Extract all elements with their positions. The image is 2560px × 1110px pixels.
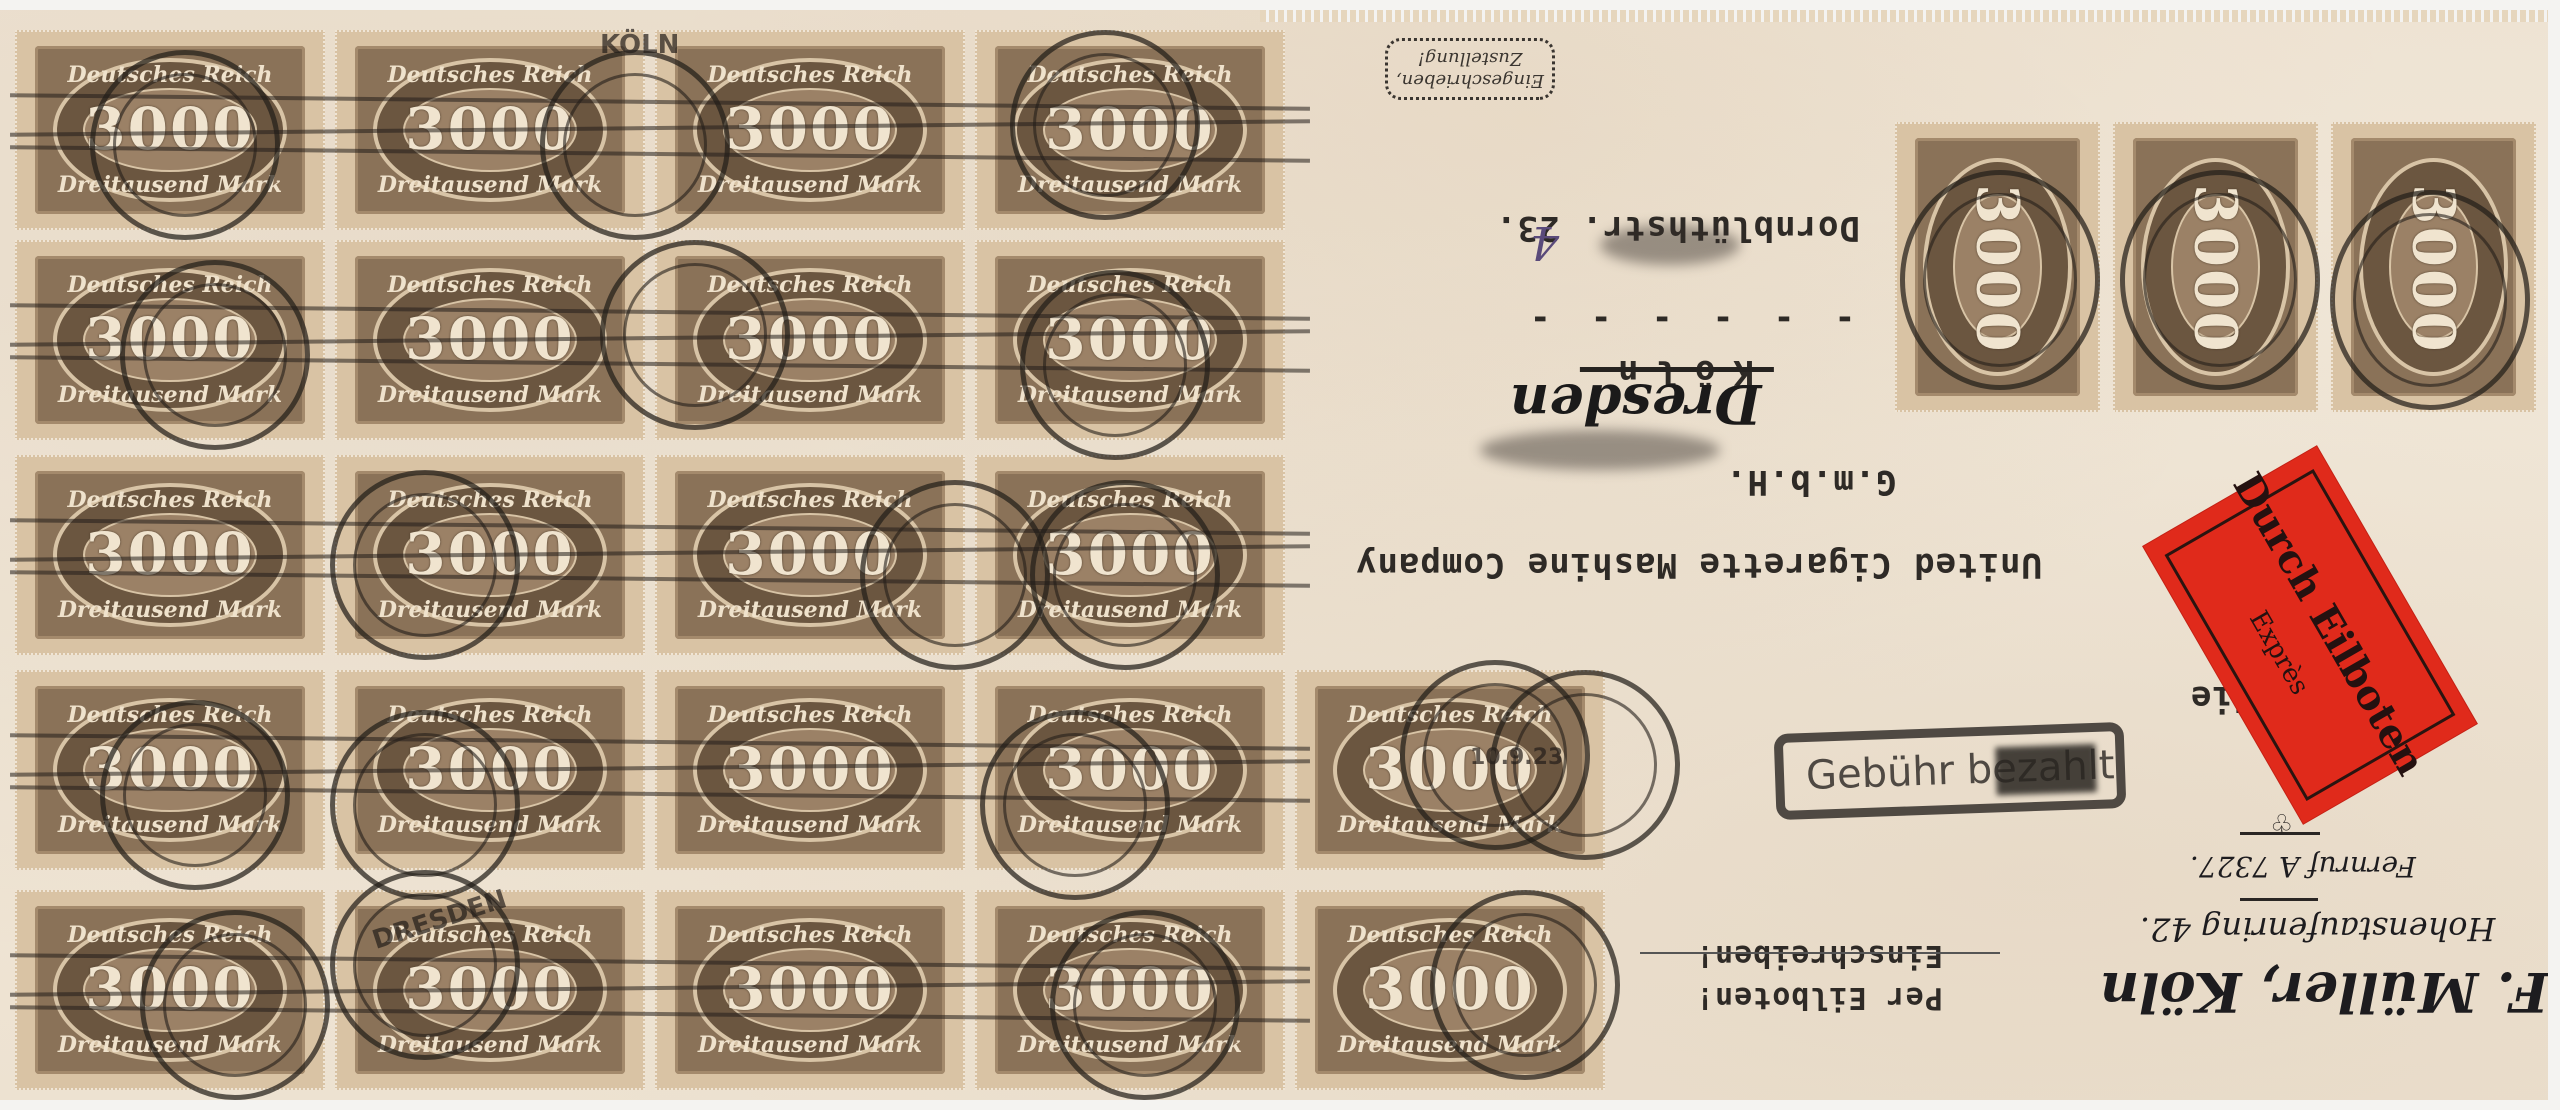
stamp-value: 3000 xyxy=(17,94,323,164)
fleuron-ornament-icon: ♧ xyxy=(2270,810,2293,840)
stamp-value-words: Dreitausend Mark xyxy=(337,382,643,408)
postage-stamp: Deutsches Reich3000Dreitausend Mark xyxy=(655,455,965,655)
stamp-country-text: Deutsches Reich xyxy=(657,487,963,513)
postage-stamp: Deutsches Reich3000Dreitausend Mark xyxy=(655,240,965,440)
stamp-value-words: Dreitausend Mark xyxy=(337,812,643,838)
stamp-country-text: Deutsches Reich xyxy=(17,272,323,298)
printed-box-line1: Eingeschrieben, xyxy=(1388,69,1552,91)
stamp-value-words: Dreitausend Mark xyxy=(657,1032,963,1058)
stamp-country-text: Deutsches Reich xyxy=(977,272,1283,298)
stamp-country-text: Deutsches Reich xyxy=(337,62,643,88)
postage-stamp: Deutsches Reich3000Dreitausend Mark xyxy=(15,890,325,1090)
stamp-value: 3000 xyxy=(1297,954,1603,1024)
stamp-value: 3000 xyxy=(337,954,643,1024)
postage-stamp: Deutsches Reich3000Dreitausend Mark xyxy=(975,240,1285,440)
stamp-value: 3000 xyxy=(1963,169,2033,370)
stamp-value: 3000 xyxy=(17,734,323,804)
stamp-value-words: Dreitausend Mark xyxy=(657,597,963,623)
stamp-country-text: Deutsches Reich xyxy=(977,922,1283,948)
postage-stamp: Deutsches Reich3000Dreitausend Mark xyxy=(15,455,325,655)
postage-stamp: Deutsches Reich3000Dreitausend Mark xyxy=(15,30,325,230)
stamp-value: 3000 xyxy=(337,94,643,164)
sender-phone: Fernruf A 7327. xyxy=(2190,850,2416,883)
stamp-value-words: Dreitausend Mark xyxy=(977,382,1283,408)
postage-stamp: Deutsches Reich3000Dreitausend Mark xyxy=(975,30,1285,230)
instruction-eilboten: Per Eilboten! xyxy=(1695,980,1943,1015)
stamp-country-text: Deutsches Reich xyxy=(657,272,963,298)
stamp-value-words: Dreitausend Mark xyxy=(977,812,1283,838)
sender-address: Hohenstaufenring 42. xyxy=(2140,910,2495,948)
postage-stamp: Deutsches Reich3000Dreitausend Mark xyxy=(335,30,645,230)
stamp-country-text: Deutsches Reich xyxy=(337,487,643,513)
stamp-country-text: Deutsches Reich xyxy=(17,62,323,88)
stamp-country-text: Deutsches Reich xyxy=(1297,702,1603,728)
postage-stamp: Deutsches Reich3000Dreitausend Mark xyxy=(975,890,1285,1090)
stamp-country-text: Deutsches Reich xyxy=(17,487,323,513)
stamp-country-text: Deutsches Reich xyxy=(657,922,963,948)
stamp-value-words: Dreitausend Mark xyxy=(17,172,323,198)
stamp-value: 3000 xyxy=(2399,169,2469,370)
postage-stamp: Deutsches Reich3000Dreitausend Mark xyxy=(15,240,325,440)
postage-stamp: Deutsches Reich3000Dreitausend Mark xyxy=(2113,122,2318,412)
stamp-value: 3000 xyxy=(977,954,1283,1024)
stamp-value: 3000 xyxy=(337,304,643,374)
stamp-value: 3000 xyxy=(337,519,643,589)
stamp-value-words: Dreitausend Mark xyxy=(977,597,1283,623)
recipient-city-handwritten: Dresden xyxy=(1510,372,1761,436)
stamp-value-words: Dreitausend Mark xyxy=(17,1032,323,1058)
stamp-value-words: Dreitausend Mark xyxy=(337,172,643,198)
stamp-value-words: Dreitausend Mark xyxy=(17,382,323,408)
postage-stamp: Deutsches Reich3000Dreitausend Mark xyxy=(1295,890,1605,1090)
stamp-value-words: Dreitausend Mark xyxy=(17,812,323,838)
strike-line xyxy=(1640,952,2000,954)
stamp-value-words: Dreitausend Mark xyxy=(1297,1032,1603,1058)
postage-stamp: Deutsches Reich3000Dreitausend Mark xyxy=(15,670,325,870)
printed-registration-box: Eingeschrieben, Zustellung! xyxy=(1385,38,1555,100)
postage-stamp: Deutsches Reich3000Dreitausend Mark xyxy=(655,30,965,230)
stamp-value-words: Dreitausend Mark xyxy=(657,382,963,408)
postage-stamp: Deutsches Reich3000Dreitausend Mark xyxy=(335,240,645,440)
stamp-value: 3000 xyxy=(977,304,1283,374)
stamp-value-words: Dreitausend Mark xyxy=(657,812,963,838)
divider xyxy=(2240,832,2320,835)
stamp-country-text: Deutsches Reich xyxy=(17,922,323,948)
stamp-value: 3000 xyxy=(657,304,963,374)
stamp-value: 3000 xyxy=(2181,169,2251,370)
stamp-value: 3000 xyxy=(977,519,1283,589)
postage-stamp: Deutsches Reich3000Dreitausend Mark xyxy=(975,455,1285,655)
instruction-einschreiben: Einschreiben! xyxy=(1695,938,1943,973)
fee-paid-stamp: Gebühr bezahlt xyxy=(1774,722,2127,820)
stamp-country-text: Deutsches Reich xyxy=(337,272,643,298)
dash-line: - - - - - - xyxy=(1520,300,1855,340)
postage-stamp: Deutsches Reich3000Dreitausend Mark xyxy=(335,455,645,655)
postage-stamp: Deutsches Reich3000Dreitausend Mark xyxy=(2331,122,2536,412)
envelope: Deutsches Reich3000Dreitausend MarkDeuts… xyxy=(0,10,2548,1100)
stamp-country-text: Deutsches Reich xyxy=(977,702,1283,728)
postage-stamp: Deutsches Reich3000Dreitausend Mark xyxy=(335,890,645,1090)
recipient-legal-form: G.m.b.H. xyxy=(1725,462,1897,502)
postage-stamp: Deutsches Reich3000Dreitausend Mark xyxy=(1295,670,1605,870)
stamp-country-text: Deutsches Reich xyxy=(337,922,643,948)
stamp-value-words: Dreitausend Mark xyxy=(17,597,323,623)
stamp-value-words: Dreitausend Mark xyxy=(657,172,963,198)
stamp-value: 3000 xyxy=(657,734,963,804)
stamp-value: 3000 xyxy=(657,94,963,164)
stamp-value: 3000 xyxy=(657,954,963,1024)
stamp-value-words: Dreitausend Mark xyxy=(337,597,643,623)
stamp-value: 3000 xyxy=(17,304,323,374)
stamp-value: 3000 xyxy=(17,954,323,1024)
sender-name: F. Müller, Köln xyxy=(2100,960,2548,1024)
stamp-value: 3000 xyxy=(337,734,643,804)
divider xyxy=(2240,898,2318,901)
stamp-country-text: Deutsches Reich xyxy=(657,62,963,88)
express-label: Durch Eilboten Exprès xyxy=(2143,446,2476,823)
stamp-country-text: Deutsches Reich xyxy=(1297,922,1603,948)
stamp-value: 3000 xyxy=(17,519,323,589)
stamp-value-words: Dreitausend Mark xyxy=(977,1032,1283,1058)
stamp-value: 3000 xyxy=(977,734,1283,804)
stamp-value-words: Dreitausend Mark xyxy=(977,172,1283,198)
stamp-country-text: Deutsches Reich xyxy=(977,62,1283,88)
stamp-value-words: Dreitausend Mark xyxy=(1297,812,1603,838)
printed-box-line2: Zustellung! xyxy=(1388,47,1552,69)
postage-stamp: Deutsches Reich3000Dreitausend Mark xyxy=(655,670,965,870)
stamp-value: 3000 xyxy=(657,519,963,589)
stamp-value-words: Dreitausend Mark xyxy=(337,1032,643,1058)
stamp-country-text: Deutsches Reich xyxy=(977,487,1283,513)
postage-stamp: Deutsches Reich3000Dreitausend Mark xyxy=(975,670,1285,870)
recipient-company: United Cigarette Mashine Company xyxy=(1355,545,2042,585)
stamp-value: 3000 xyxy=(977,94,1283,164)
postage-stamp: Deutsches Reich3000Dreitausend Mark xyxy=(655,890,965,1090)
stamp-country-text: Deutsches Reich xyxy=(657,702,963,728)
stamp-country-text: Deutsches Reich xyxy=(337,702,643,728)
postage-stamp: Deutsches Reich3000Dreitausend Mark xyxy=(1895,122,2100,412)
stamp-value: 3000 xyxy=(1297,734,1603,804)
stamp-country-text: Deutsches Reich xyxy=(17,702,323,728)
postage-stamp: Deutsches Reich3000Dreitausend Mark xyxy=(335,670,645,870)
recipient-street-number-handwritten: 4 xyxy=(1530,216,1559,270)
